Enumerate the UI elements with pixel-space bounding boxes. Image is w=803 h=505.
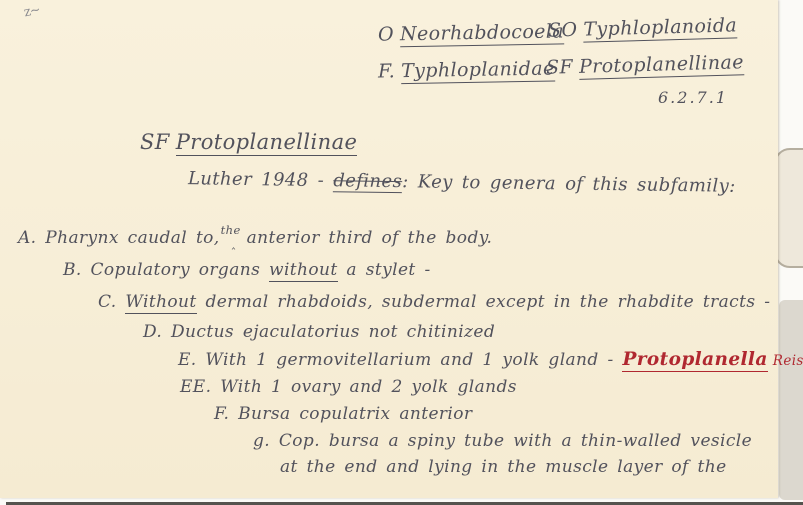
order-name: Neorhabdocoela — [400, 20, 564, 47]
family-rank-label: F. — [378, 60, 395, 82]
genus-authority-red: Reis — [773, 353, 803, 369]
card-title: SFProtoplanellinae — [140, 130, 357, 154]
key-line-a-post: anterior third of the body. — [238, 228, 492, 248]
key-line-d: D. Ductus ejaculatorius not chitinized — [143, 322, 495, 342]
key-line-f: F. Bursa copulatrix anterior — [214, 404, 472, 424]
suborder-rank-label: SO — [548, 19, 578, 42]
key-line-c: C. Without dermal rhabdoids, subdermal e… — [98, 292, 770, 312]
card-code: 6.2.7.1 — [658, 88, 728, 107]
key-line-e-pre: E. With 1 germovitellarium and 1 yolk gl… — [178, 350, 622, 370]
reference-author-year: Luther 1948 - — [188, 168, 334, 191]
pencil-corner-mark: z~ — [23, 3, 42, 21]
header-suborder-entry: SOTyphloplanoida — [548, 14, 738, 41]
genus-name-red: Protoplanella — [622, 349, 767, 372]
key-line-ee: EE. With 1 ovary and 2 yolk glands — [180, 377, 517, 397]
key-line-b-pre: B. Copulatory organs — [63, 260, 269, 280]
key-line-e: E. With 1 germovitellarium and 1 yolk gl… — [178, 349, 803, 370]
key-line-c-post: dermal rhabdoids, subdermal except in th… — [197, 292, 771, 312]
subfamily-rank-label: SF — [546, 56, 574, 79]
subfamily-name: Protoplanellinae — [579, 51, 744, 80]
card-behind-tab-lower — [779, 300, 803, 500]
key-line-a-pre: A. Pharynx caudal to, — [18, 228, 220, 248]
key-line-b: B. Copulatory organs without a stylet - — [63, 260, 431, 280]
header-family-entry: F.Typhloplanidae — [378, 57, 555, 82]
key-line-b-underlined: without — [269, 260, 338, 282]
reference-line: Luther 1948 - defines: Key to genera of … — [188, 168, 736, 197]
insert-caret: ‸ — [232, 237, 236, 250]
key-line-c-underlined: Without — [125, 292, 196, 314]
family-name: Typhloplanidae — [401, 57, 555, 84]
header-subfamily-entry: SFProtoplanellinae — [546, 51, 744, 79]
title-rank-label: SF — [140, 130, 170, 154]
header-order-entry: ONeorhabdocoela — [378, 20, 564, 45]
index-card: z~ ONeorhabdocoela SOTyphloplanoida F.Ty… — [0, 0, 778, 498]
title-name: Protoplanellinae — [176, 130, 358, 156]
key-line-c-pre: C. — [98, 292, 125, 312]
key-line-a: A. Pharynx caudal to,the‸ anterior third… — [18, 228, 492, 248]
key-line-b-post: a stylet - — [338, 260, 431, 280]
reference-rest: : Key to genera of this subfamily: — [402, 171, 736, 197]
card-behind-tab-upper — [774, 148, 803, 268]
suborder-name: Typhloplanoida — [583, 14, 737, 42]
struck-word: defines — [333, 170, 402, 193]
key-line-a-insert: the — [221, 223, 241, 237]
scanned-page: z~ ONeorhabdocoela SOTyphloplanoida F.Ty… — [0, 0, 803, 505]
order-rank-label: O — [378, 23, 394, 45]
key-line-g1: g. Cop. bursa a spiny tube with a thin-w… — [253, 431, 752, 451]
key-line-g2: at the end and lying in the muscle layer… — [280, 457, 727, 477]
